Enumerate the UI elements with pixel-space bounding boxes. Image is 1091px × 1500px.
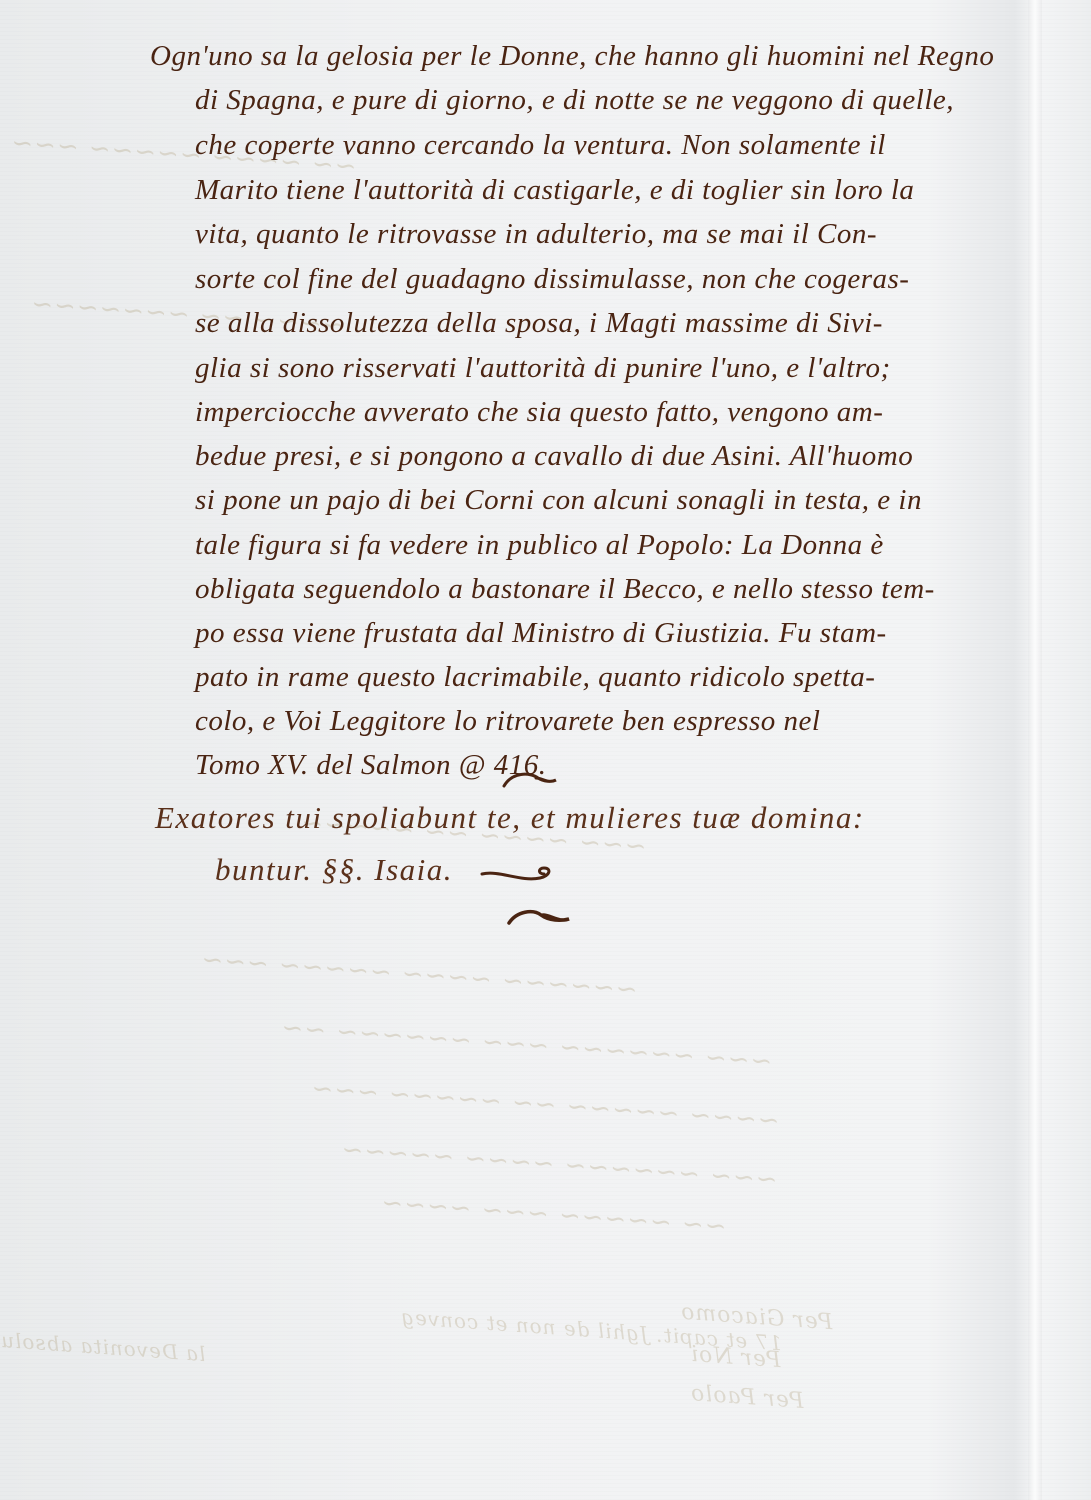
flourish-ornament-top (500, 770, 560, 790)
text-line: se alla dissolutezza della sposa, i Magt… (195, 307, 883, 340)
bleed-through-text: ~~~ ~~~~~~ ~~~~ ~~~~~ (339, 1135, 778, 1195)
text-line: Ogn'uno sa la gelosia per le Donne, che … (150, 40, 994, 73)
bleed-through-text: ~~~ ~~~~~~ ~~~ ~~~~~~ ~~ (280, 1013, 774, 1077)
page-edge-fold (1028, 0, 1042, 1500)
text-line: di Spagna, e pure di giorno, e di notte … (195, 84, 954, 117)
text-line: glia si sono risservati l'auttorità di p… (195, 352, 891, 385)
text-line: obligata seguendolo a bastonare il Becco… (195, 573, 935, 606)
quotation-line: Exatores tui spoliabunt te, et mulieres … (155, 800, 865, 836)
text-line: vita, quanto le ritrovasse in adulterio,… (195, 218, 877, 251)
flourish-ornament-tail (480, 862, 560, 886)
text-line: pato in rame questo lacrimabile, quanto … (195, 661, 875, 694)
flourish-ornament-bottom (505, 905, 575, 927)
text-line: si pone un pajo di bei Corni con alcuni … (195, 484, 922, 517)
bleed-through-note: Per Paolo (689, 1381, 804, 1414)
quotation-line: buntur. §§. Isaia. (215, 852, 453, 888)
text-line: che coperte vanno cercando la ventura. N… (195, 129, 886, 162)
text-line: imperciocche avverato che sia questo fat… (195, 396, 883, 429)
bleed-through-text: ~~~~ ~~~~~ ~~ ~~~~~ ~~~ (310, 1074, 781, 1137)
bleed-through-note: la Devonita absolu (0, 1328, 206, 1366)
text-line: colo, e Voi Leggitore lo ritrovarete ben… (195, 705, 820, 738)
text-line: sorte col fine del guadagno dissimulasse… (195, 263, 909, 296)
text-line: bedue presi, e si pongono a cavallo di d… (195, 440, 913, 473)
bleed-through-text: ~~~~~~ ~~~~ ~~~~~ ~~~ (199, 945, 638, 1005)
text-line: po essa viene frustata dal Ministro di G… (195, 617, 887, 650)
text-line: tale figura si fa vedere in publico al P… (195, 529, 884, 562)
text-line: Tomo XV. del Salmon @ 416. (195, 749, 546, 782)
manuscript-page: ~~ ~~~~ ~~~~~ ~~~ ~~~~ ~~ ~~~~~~~ ~~~ ~~… (0, 0, 1091, 1500)
text-line: Marito tiene l'auttorità di castigarle, … (195, 174, 914, 207)
bleed-through-text: ~~ ~~~~~ ~~~ ~~~~ (379, 1188, 727, 1242)
